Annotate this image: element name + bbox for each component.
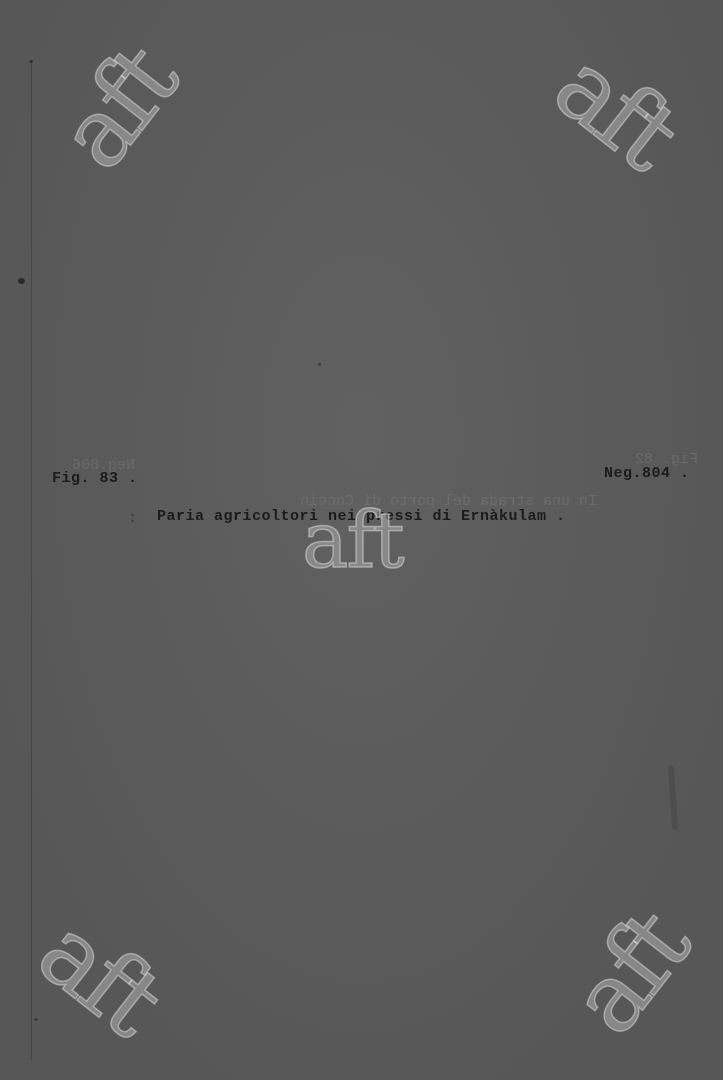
caption-marker: : [128, 510, 138, 527]
dust-speck [18, 278, 25, 284]
dust-speck [29, 60, 33, 63]
card-edge-line [31, 60, 32, 1060]
watermark-center: aft [302, 502, 403, 580]
dust-speck [34, 1018, 38, 1021]
watermark-top-left: aft [43, 31, 192, 184]
dust-speck [318, 363, 321, 366]
figure-label: Fig. 83 . [52, 470, 138, 487]
scanned-card: Neg.806 Fig. 82 In una strada del porto … [0, 0, 723, 1080]
negative-label: Neg.804 . [604, 465, 690, 482]
watermark-bottom-right: aft [555, 896, 704, 1049]
smudge-mark [668, 765, 679, 830]
watermark-top-right: aft [539, 35, 692, 184]
watermark-bottom-left: aft [23, 901, 176, 1050]
